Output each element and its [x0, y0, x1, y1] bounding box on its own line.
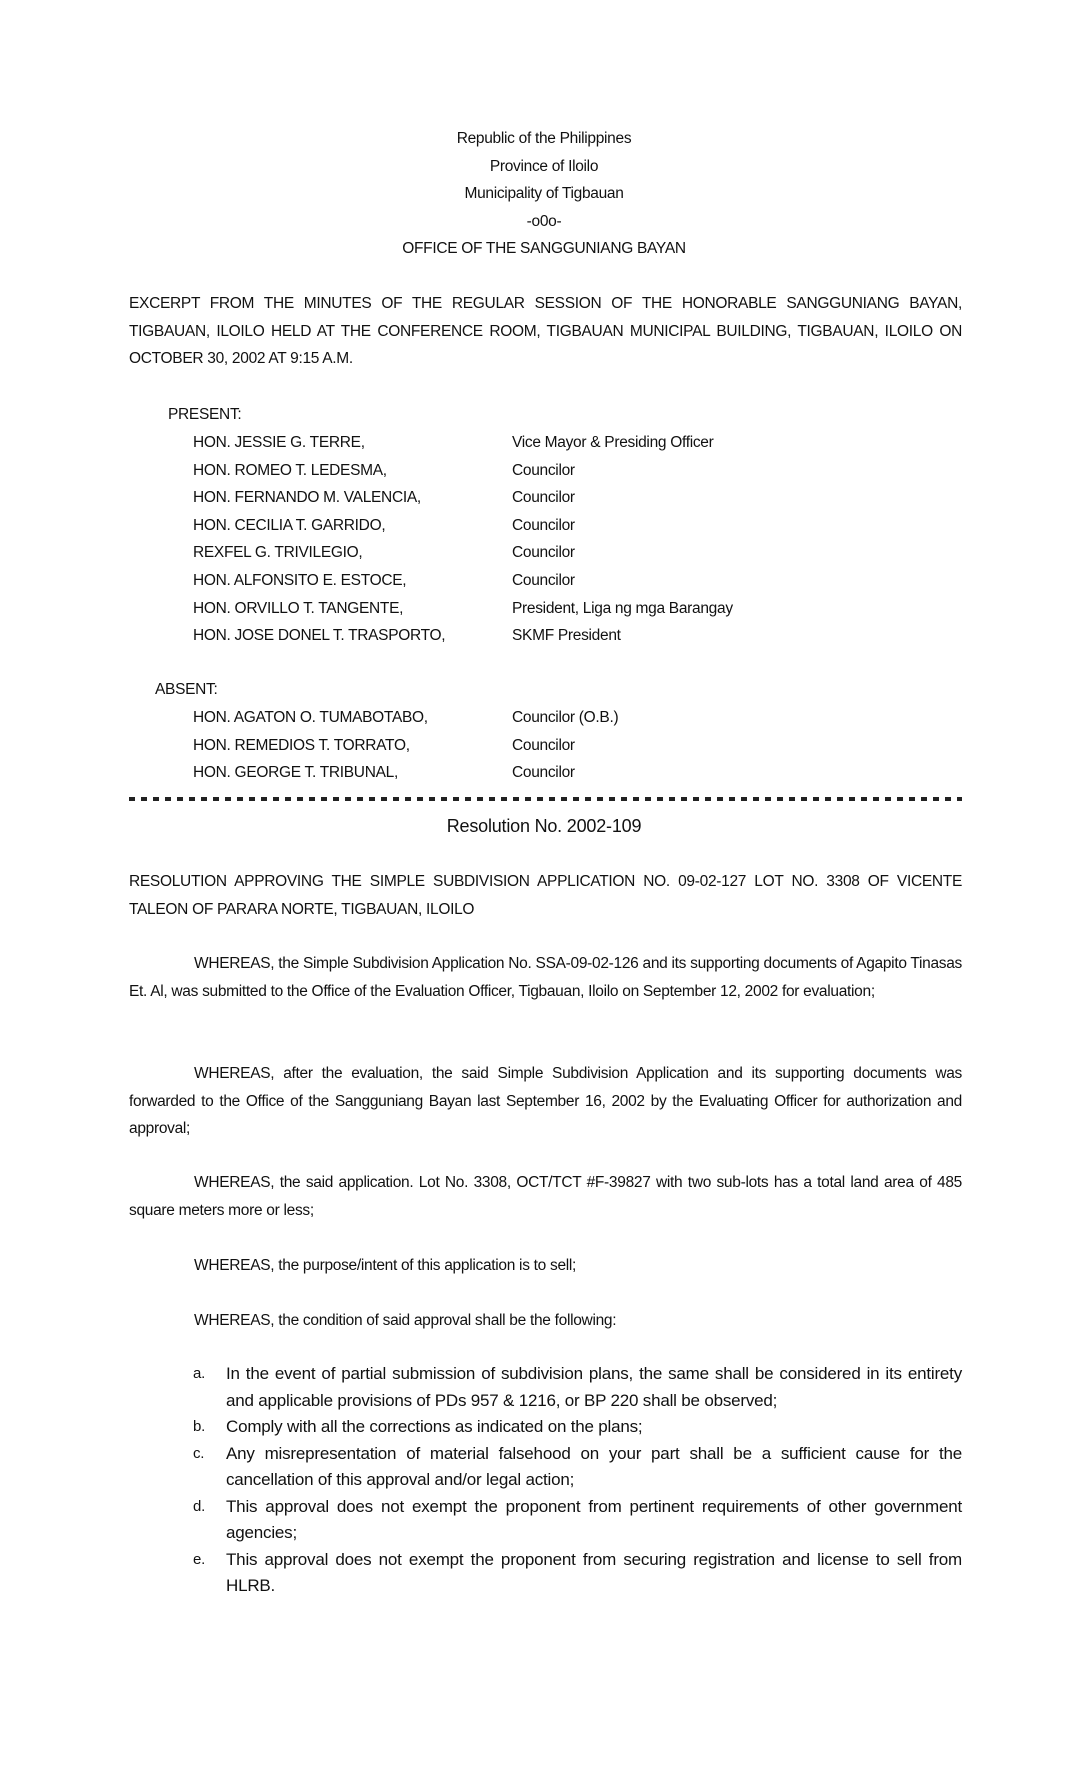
condition-item: d.This approval does not exempt the prop… — [193, 1494, 962, 1547]
header-municipality: Municipality of Tigbauan — [0, 185, 1088, 203]
present-label: PRESENT: — [168, 406, 241, 424]
excerpt-paragraph: EXCERPT FROM THE MINUTES OF THE REGULAR … — [129, 290, 962, 373]
whereas-text: WHEREAS, after the evaluation, the said … — [129, 1065, 962, 1137]
conditions-list: a. In the event of partial submission of… — [193, 1361, 962, 1600]
member-name: HON. REMEDIOS T. TORRATO, — [193, 737, 410, 755]
whereas-text: WHEREAS, the Simple Subdivision Applicat… — [129, 955, 962, 1000]
absent-label: ABSENT: — [155, 681, 218, 699]
header-province: Province of Iloilo — [0, 158, 1088, 176]
member-name: HON. JESSIE G. TERRE, — [193, 434, 365, 452]
member-position: Councilor — [512, 737, 575, 755]
whereas-clause: WHEREAS, the said application. Lot No. 3… — [129, 1169, 962, 1224]
resolution-title: RESOLUTION APPROVING THE SIMPLE SUBDIVIS… — [129, 868, 962, 923]
condition-text: In the event of partial submission of su… — [226, 1364, 962, 1410]
condition-item: a. In the event of partial submission of… — [193, 1361, 962, 1414]
whereas-text: WHEREAS, the condition of said approval … — [194, 1312, 616, 1329]
member-position: Councilor — [512, 572, 575, 590]
resolution-number: Resolution No. 2002-109 — [0, 816, 1088, 837]
condition-marker: a. — [193, 1361, 205, 1388]
whereas-clause: WHEREAS, the purpose/intent of this appl… — [129, 1252, 962, 1280]
document-page: Republic of the Philippines Province of … — [0, 0, 1088, 1792]
member-position: Councilor — [512, 462, 575, 480]
condition-item: e.This approval does not exempt the prop… — [193, 1547, 962, 1600]
member-name: HON. JOSE DONEL T. TRASPORTO, — [193, 627, 445, 645]
member-position: Councilor — [512, 489, 575, 507]
member-name: HON. ALFONSITO E. ESTOCE, — [193, 572, 406, 590]
member-name: HON. CECILIA T. GARRIDO, — [193, 517, 385, 535]
member-name: HON. ROMEO T. LEDESMA, — [193, 462, 387, 480]
member-name: REXFEL G. TRIVILEGIO, — [193, 544, 362, 562]
member-name: HON. GEORGE T. TRIBUNAL, — [193, 764, 398, 782]
condition-marker: b. — [193, 1414, 205, 1441]
condition-text: Any misrepresentation of material falseh… — [226, 1444, 962, 1490]
condition-item: c.Any misrepresentation of material fals… — [193, 1441, 962, 1494]
condition-item: b.Comply with all the corrections as ind… — [193, 1414, 962, 1441]
member-position: Vice Mayor & Presiding Officer — [512, 434, 713, 452]
condition-marker: c. — [193, 1441, 204, 1468]
condition-text: This approval does not exempt the propon… — [226, 1550, 962, 1596]
dashed-divider — [129, 797, 962, 801]
member-position: Councilor — [512, 764, 575, 782]
condition-text: Comply with all the corrections as indic… — [226, 1417, 642, 1436]
whereas-clause: WHEREAS, the Simple Subdivision Applicat… — [129, 950, 962, 1005]
header-separator: -o0o- — [0, 213, 1088, 231]
member-name: HON. ORVILLO T. TANGENTE, — [193, 600, 403, 618]
member-position: Councilor — [512, 544, 575, 562]
header-republic: Republic of the Philippines — [0, 130, 1088, 148]
condition-marker: e. — [193, 1547, 205, 1574]
whereas-text: WHEREAS, the purpose/intent of this appl… — [194, 1257, 576, 1274]
member-position: Councilor (O.B.) — [512, 709, 618, 727]
member-position: President, Liga ng mga Barangay — [512, 600, 733, 618]
member-name: HON. AGATON O. TUMABOTABO, — [193, 709, 428, 727]
condition-text: This approval does not exempt the propon… — [226, 1497, 962, 1543]
condition-marker: d. — [193, 1494, 205, 1521]
whereas-text: WHEREAS, the said application. Lot No. 3… — [129, 1174, 962, 1219]
header-office: OFFICE OF THE SANGGUNIANG BAYAN — [0, 240, 1088, 258]
whereas-clause: WHEREAS, after the evaluation, the said … — [129, 1060, 962, 1143]
member-name: HON. FERNANDO M. VALENCIA, — [193, 489, 421, 507]
member-position: Councilor — [512, 517, 575, 535]
whereas-clause: WHEREAS, the condition of said approval … — [129, 1307, 962, 1335]
member-position: SKMF President — [512, 627, 621, 645]
